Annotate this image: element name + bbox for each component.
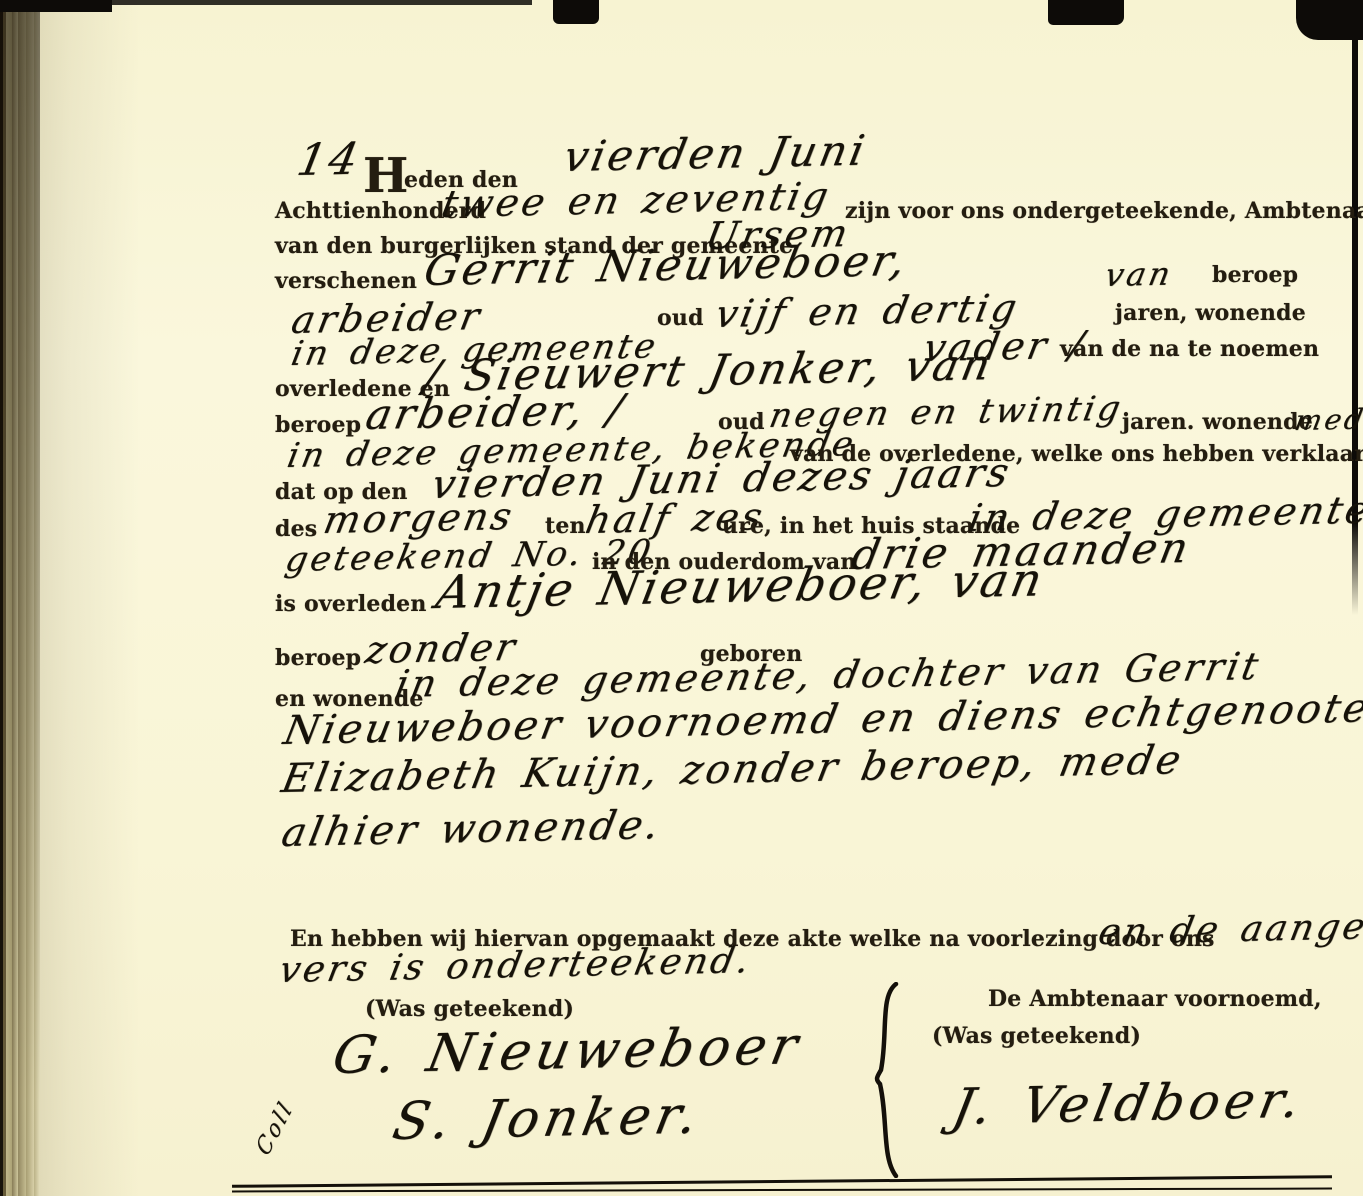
printed-was-geteekend-left: (Was geteekend): [365, 996, 574, 1022]
printed-jaren-wonende-2: jaren. wonende: [1122, 409, 1313, 435]
printed-beroep-1: beroep: [1212, 262, 1298, 288]
top-border-line: [112, 0, 532, 5]
signature-declarant-2: S. Jonker.: [388, 1086, 707, 1152]
top-ink-blob-2: [1048, 0, 1124, 25]
handwritten-date-opening: vierden Juni: [560, 126, 871, 181]
handwritten-overledene-naam: Antje Nieuweboer, van: [432, 552, 1049, 619]
printed-beroep-3: beroep: [275, 645, 361, 671]
coll-annotation: Coll: [252, 1096, 298, 1161]
signature-declarant-1: G. Nieuweboer: [328, 1016, 807, 1086]
top-left-ink-mark: [0, 0, 112, 12]
signature-ambtenaar: J. Veldboer.: [948, 1071, 1310, 1136]
signature-brace: [862, 982, 908, 1178]
handwritten-declarant1-name: Gerrit Nieuweboer,: [420, 236, 912, 296]
printed-was-geteekend-right: (Was geteekend): [932, 1023, 1141, 1049]
book-binding: [0, 0, 40, 1196]
printed-na-te-noemen: van de na te noemen: [1060, 336, 1319, 362]
handwritten-mede: mede: [1292, 402, 1363, 437]
act-number: 14: [293, 134, 365, 186]
death-certificate-scan: 14 H eden den vierden Juni Achttienhonde…: [0, 0, 1363, 1196]
printed-jaren-wonende-1: jaren, wonende: [1115, 300, 1306, 326]
handwritten-van: van: [1102, 255, 1176, 294]
bottom-rule-2: [232, 1188, 1332, 1193]
bottom-rule-1: [232, 1175, 1332, 1188]
printed-verschenen: verschenen: [275, 268, 417, 294]
handwritten-dagdeel: morgens: [320, 494, 518, 542]
printed-ambtenaar-voornoemd: De Ambtenaar voornoemd,: [988, 986, 1322, 1012]
handwritten-alhier-wonende: alhier wonende.: [278, 802, 666, 856]
top-ink-blob-1: [553, 0, 599, 24]
printed-oud-1: oud: [657, 305, 704, 331]
handwritten-slot-2: vers is onderteekend.: [276, 940, 755, 991]
handwritten-slot-1: en de aange,: [1095, 906, 1363, 953]
printed-des: des: [275, 516, 317, 542]
printed-ondergeteekende: zijn voor ons ondergeteekende, Ambtenaar: [845, 198, 1363, 224]
printed-is-overleden: is overleden: [275, 591, 427, 617]
drop-cap-initial: H: [363, 148, 409, 204]
